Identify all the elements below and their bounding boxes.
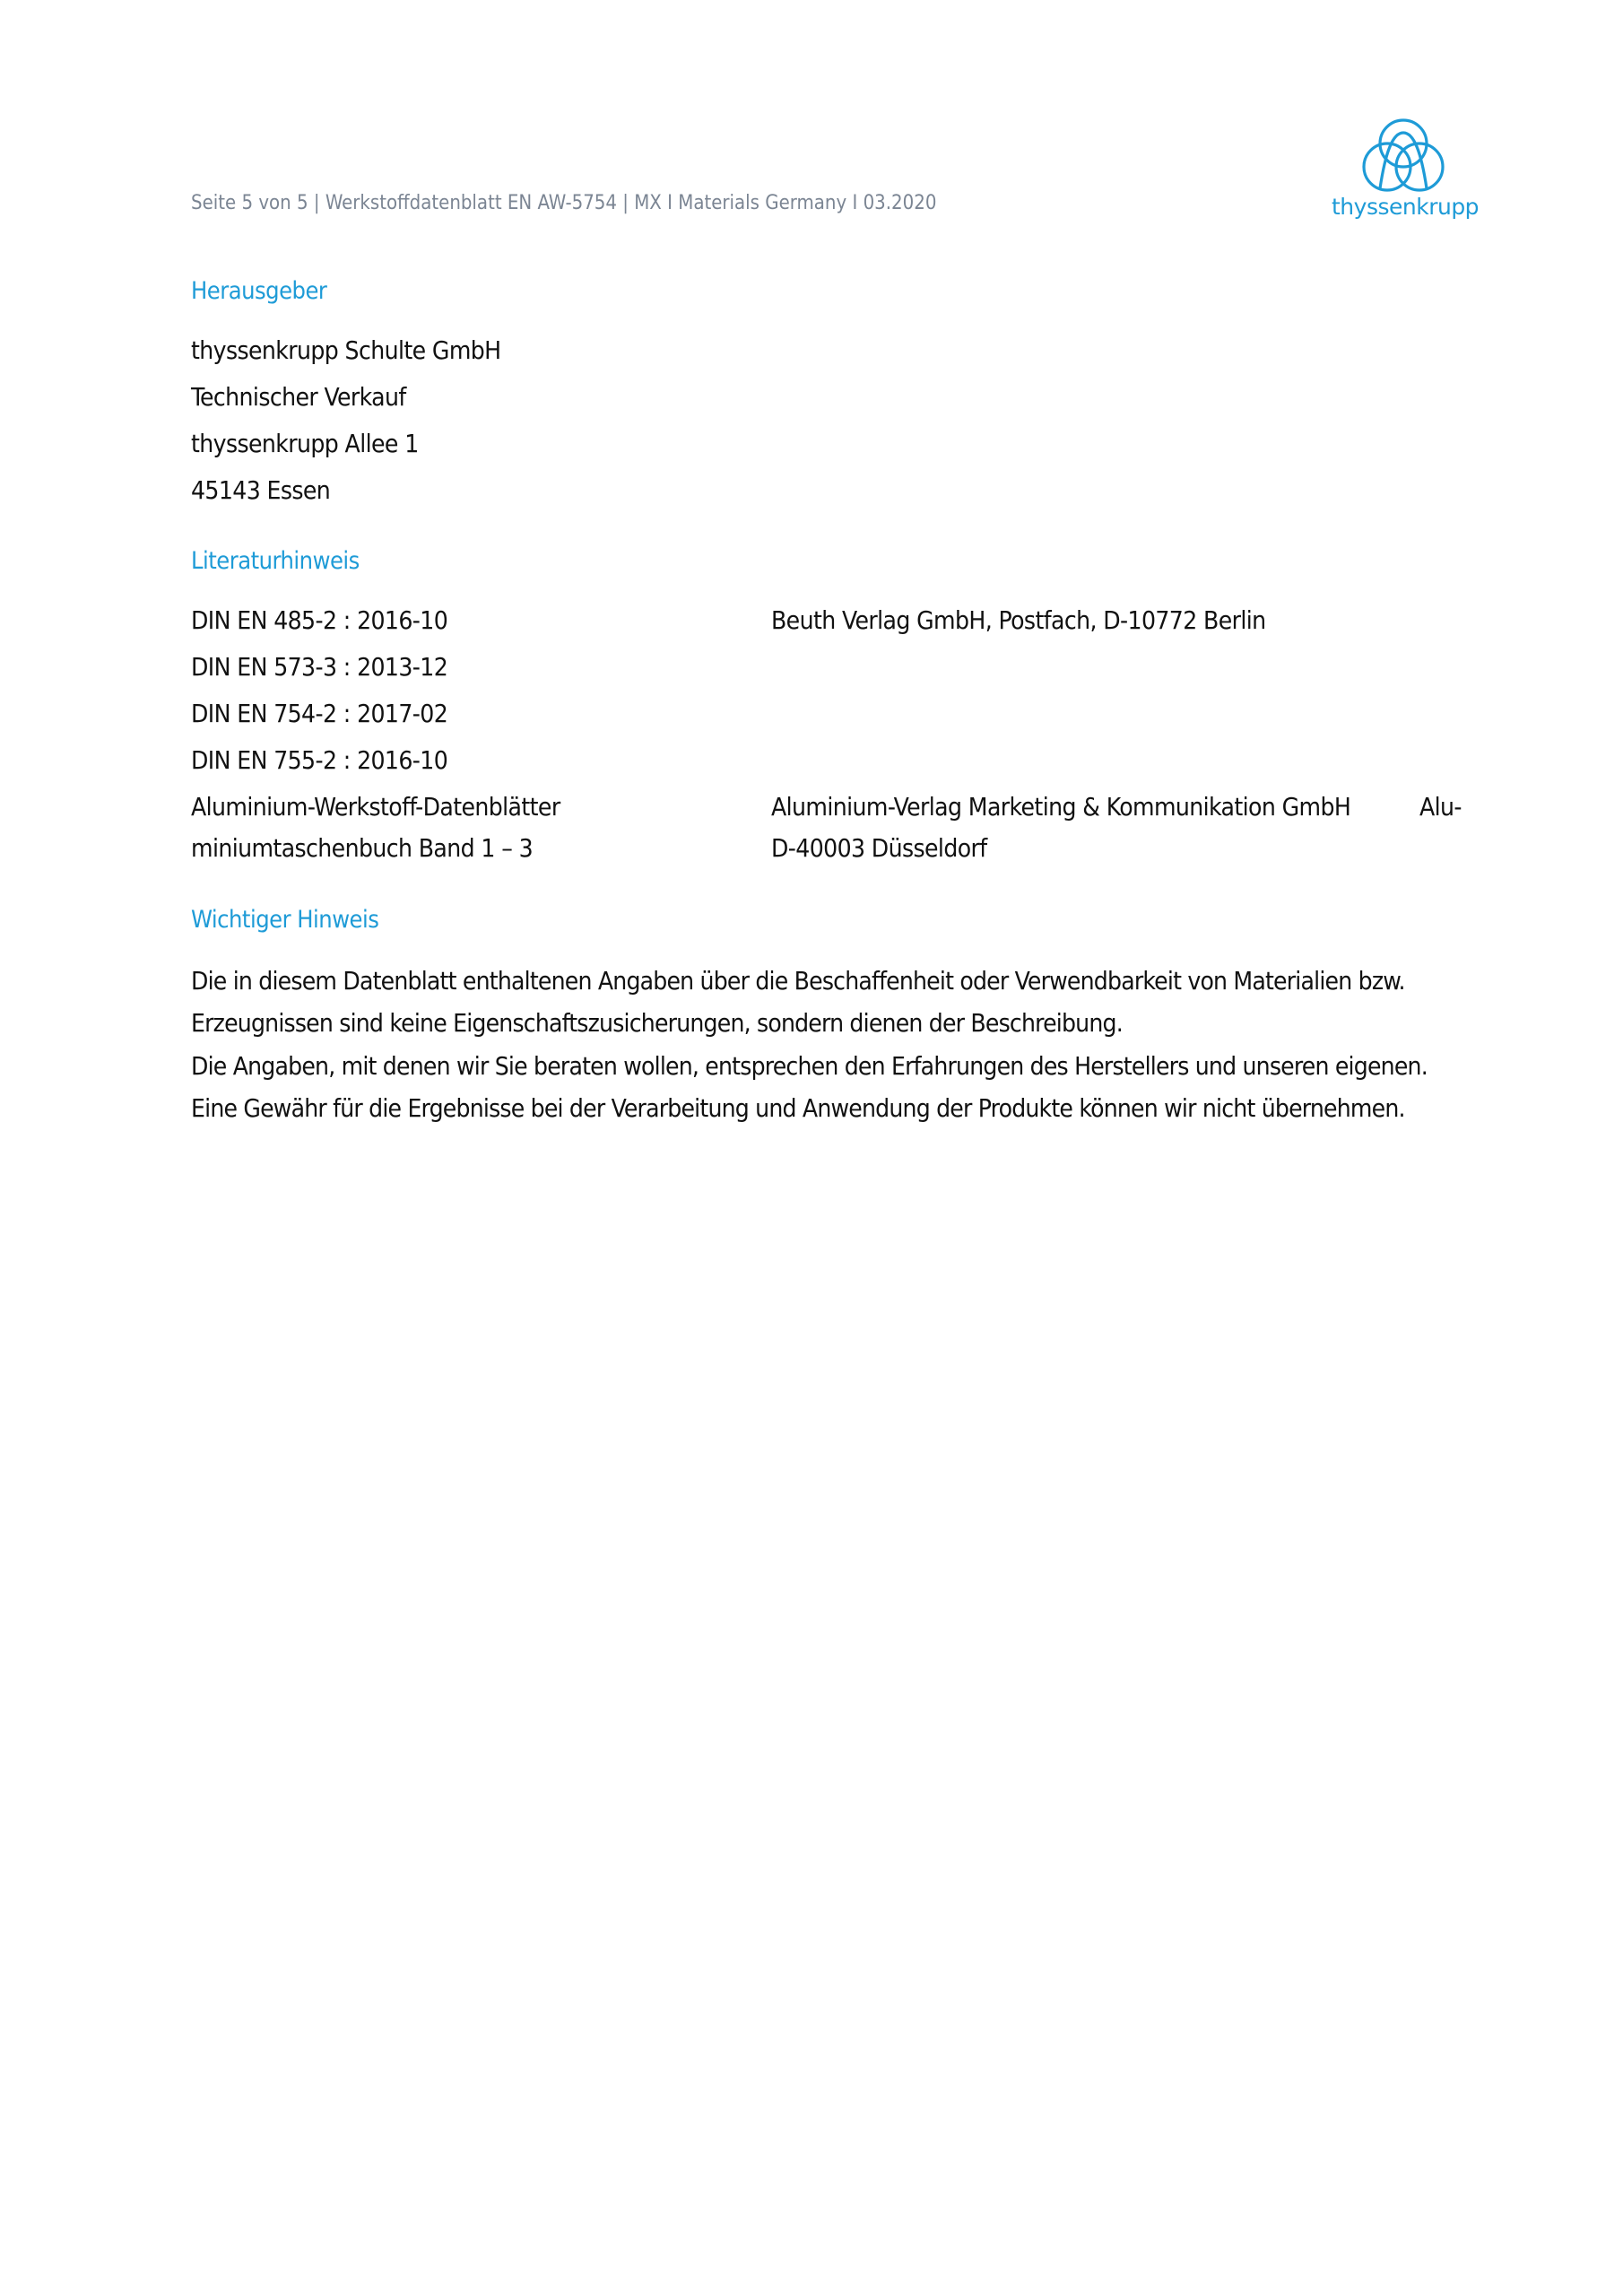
literature-reference: DIN EN 573-3 : 2013-12 [191,652,447,682]
logo-wordmark: thyssenkrupp [1332,194,1475,220]
literature-publisher: Beuth Verlag GmbH, Postfach, D-10772 Ber… [771,605,1266,635]
company-logo: thyssenkrupp [1332,117,1475,224]
publisher-line: 45143 Essen [191,475,330,505]
literature-publisher: Aluminium-Verlag Marketing & Kommunikati… [771,792,1350,822]
thyssenkrupp-rings-icon [1357,117,1450,194]
heading-wichtiger-hinweis: Wichtiger Hinweis [191,906,378,934]
literature-reference: miniumtaschenbuch Band 1 – 3 [191,833,533,863]
literature-reference: DIN EN 755-2 : 2016-10 [191,745,447,775]
publisher-line: thyssenkrupp Allee 1 [191,429,419,458]
heading-literaturhinweis: Literaturhinweis [191,547,360,575]
literature-publisher: D-40003 Düsseldorf [771,833,987,863]
page-header: Seite 5 von 5 | Werkstoffdatenblatt EN A… [191,192,936,214]
publisher-line: thyssenkrupp Schulte GmbH [191,335,501,365]
heading-herausgeber: Herausgeber [191,277,326,305]
publisher-line: Technischer Verkauf [191,382,406,412]
literature-reference: Aluminium-Werkstoff-Datenblätter [191,792,560,822]
literature-reference: DIN EN 485-2 : 2016-10 [191,605,447,635]
notice-paragraph: Die Angaben, mit denen wir Sie beraten w… [191,1045,1473,1129]
literature-reference: DIN EN 754-2 : 2017-02 [191,699,447,728]
literature-hyphenated-fragment: Alu- [1419,792,1462,822]
notice-paragraph: Die in diesem Datenblatt enthaltenen Ang… [191,960,1473,1044]
